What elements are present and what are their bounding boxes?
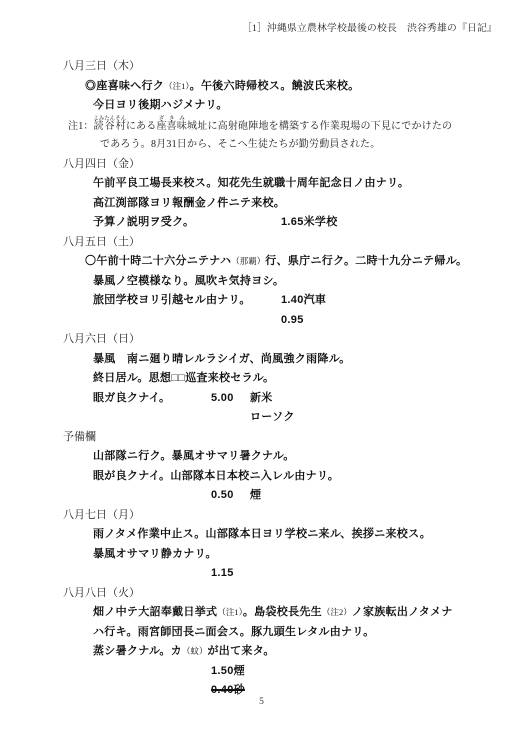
note-text: 城址に高射砲陣地を構築する作業現場の下見にでかけたの — [187, 121, 452, 132]
diary-content: 八月三日（木） ◎座喜味へ行ク（注1）。午後六時帰校ス。饒波氏来校。 今日ヨリ後… — [0, 57, 523, 701]
diary-line: 1.15 — [0, 564, 523, 584]
entry-text: 午前十時二十六分ニテナハ — [96, 255, 231, 267]
note-text: であろう。8月31日から、そこへ生徒たちが勤労動員された。 — [100, 139, 380, 150]
date-text: 八月三日（木） — [63, 60, 140, 72]
expense-amount: 0.50 — [211, 486, 234, 506]
entry-text: 畑ノ中テ大詔奉戴日挙式 — [93, 606, 217, 618]
date-text: 予備欄 — [63, 431, 96, 443]
ruby-furigana: よみたんそん — [93, 116, 126, 122]
date-heading: 八月四日（金） — [0, 155, 523, 175]
note-line: 注1：読谷村よみたんそんにある座喜味ざきみ城址に高射砲陣地を構築する作業現場の下… — [0, 116, 523, 136]
diary-line: 1.50煙 — [0, 662, 523, 682]
expense-amount: 1.50煙 — [211, 662, 245, 682]
diary-line: 雨ノタメ作業中止ス。山部隊本日ヨリ学校ニ来ル、挨拶ニ来校ス。 — [0, 525, 523, 545]
diary-line: 畑ノ中テ大詔奉戴日挙式（注1）。島袋校長先生（注2）ノ家族転出ノタメナ — [0, 603, 523, 623]
diary-line: 予算ノ説明ヲ受ク。1.65米学校 — [0, 213, 523, 233]
entry-text: 暴風ノ空模様なり。風吹キ気持ヨシ。 — [93, 275, 284, 287]
entry-text: 暴風オサマリ静カナリ。 — [93, 548, 217, 560]
gloss-ref: （蚊） — [182, 646, 208, 656]
diary-line: 0.50煙 — [0, 486, 523, 506]
entry-text: 終日居ル。思想□□巡査来校セラル。 — [93, 372, 274, 384]
date-text: 八月四日（金） — [63, 158, 140, 170]
diary-line: 暴風オサマリ静カナリ。 — [0, 545, 523, 565]
diary-line: ハ行キ。雨宮師団長ニ面会ス。豚九頭生レタル由ナリ。 — [0, 623, 523, 643]
entry-text: 高江渕部隊ヨリ報酬金ノ件ニテ来校。 — [93, 197, 285, 209]
date-text: 八月五日（土） — [63, 236, 140, 248]
expense-amount: 1.15 — [211, 564, 234, 584]
entry-text: 眼が良クナイ。山部隊本日本校ニ入レル由ナリ。 — [93, 470, 339, 482]
diary-entry-aug4: 八月四日（金） 午前平良工場長来校ス。知花先生就職十周年記念日ノ由ナリ。 高江渕… — [0, 155, 523, 233]
entry-text: 山部隊ニ行ク。暴風オサマリ暑クナル。 — [93, 450, 295, 462]
diary-entry-aug6: 八月六日（日） 暴風 南ニ廻り晴レルラシイガ、尚風強ク雨降ル。 終日居ル。思想□… — [0, 330, 523, 428]
diary-line: 眼が良クナイ。山部隊本日本校ニ入レル由ナリ。 — [0, 467, 523, 487]
diary-entry-aug5: 八月五日（土） 〇午前十時二十六分ニテナハ（那覇）行、県庁ニ行ク。二時十九分ニテ… — [0, 233, 523, 331]
date-heading: 八月八日（火） — [0, 584, 523, 604]
date-text: 八月七日（月） — [63, 509, 140, 521]
entry-text: 眼ガ良クナイ。 — [93, 392, 170, 404]
diary-entry-aug8: 八月八日（火） 畑ノ中テ大詔奉戴日挙式（注1）。島袋校長先生（注2）ノ家族転出ノ… — [0, 584, 523, 701]
entry-text: ハ行キ。雨宮師団長ニ面会ス。豚九頭生レタル由ナリ。 — [93, 626, 374, 638]
diary-line: 終日居ル。思想□□巡査来校セラル。 — [0, 369, 523, 389]
entry-text: 予算ノ説明ヲ受ク。 — [93, 216, 194, 228]
entry-text: 座喜味へ行ク — [96, 80, 164, 92]
date-text: 八月八日（火） — [63, 587, 140, 599]
expense-amount: 1.65米学校 — [281, 213, 338, 233]
entry-text: 旅団学校ヨリ引越セル由ナリ。 — [93, 294, 251, 306]
note-ref: （注1） — [217, 607, 243, 617]
diary-entry-reserve: 予備欄 山部隊ニ行ク。暴風オサマリ暑クナル。 眼が良クナイ。山部隊本日本校ニ入レ… — [0, 428, 523, 506]
section-heading: 予備欄 — [0, 428, 523, 448]
diary-line: 午前平良工場長来校ス。知花先生就職十周年記念日ノ由ナリ。 — [0, 174, 523, 194]
note-label: 注1： — [68, 121, 94, 132]
expense-amount: 1.40汽車 — [281, 291, 326, 311]
entry-text: 午前平良工場長来校ス。知花先生就職十周年記念日ノ由ナリ。 — [93, 177, 409, 189]
diary-line: 〇午前十時二十六分ニテナハ（那覇）行、県庁ニ行ク。二時十九分ニテ帰ル。 — [0, 252, 523, 272]
date-heading: 八月六日（日） — [0, 330, 523, 350]
note-ref: （注1） — [164, 81, 190, 91]
expense-amount: 5.00 — [211, 389, 234, 409]
entry-text: 蒸シ暑クナル。カ — [93, 645, 182, 657]
note-ref: （注2） — [322, 607, 352, 617]
date-heading: 八月七日（月） — [0, 506, 523, 526]
expense-item: 新米 — [250, 389, 273, 409]
ruby-yomitan: 読谷村よみたんそん — [94, 121, 126, 132]
diary-line: ◎座喜味へ行ク（注1）。午後六時帰校ス。饒波氏来校。 — [0, 77, 523, 97]
diary-line: 蒸シ暑クナル。カ（蚊）が出て来タ。 — [0, 642, 523, 662]
document-page: ［1］沖縄県立農林学校最後の校長 渋谷秀雄の『日記』 八月三日（木） ◎座喜味へ… — [0, 0, 523, 740]
entry-text: 。島袋校長先生 — [243, 606, 322, 618]
expense-item: ローソク — [250, 408, 295, 428]
entry-text: ノ家族転出ノタメナ — [352, 606, 453, 618]
expense-amount: 0.95 — [281, 311, 304, 331]
ruby-zakimi: 座喜味ざきみ — [156, 121, 187, 132]
page-number: 5 — [259, 697, 264, 707]
expense-item: 煙 — [250, 486, 261, 506]
entry-text: が出て来タ。 — [208, 645, 275, 657]
diary-line: 旅団学校ヨリ引越セル由ナリ。1.40汽車 — [0, 291, 523, 311]
diary-line: ローソク — [0, 408, 523, 428]
page-header: ［1］沖縄県立農林学校最後の校長 渋谷秀雄の『日記』 — [242, 20, 497, 34]
note-text: にある — [126, 121, 157, 132]
ruby-base: 読谷村 — [93, 121, 126, 132]
diary-entry-aug3: 八月三日（木） ◎座喜味へ行ク（注1）。午後六時帰校ス。饒波氏来校。 今日ヨリ後… — [0, 57, 523, 155]
entry-marker: 〇 — [85, 255, 96, 267]
page-header-title: ［1］沖縄県立農林学校最後の校長 渋谷秀雄の『日記』 — [242, 23, 497, 34]
entry-text: 行、県庁ニ行ク。二時十九分ニテ帰ル。 — [265, 255, 467, 267]
entry-text: 雨ノタメ作業中止ス。山部隊本日ヨリ学校ニ来ル、挨拶ニ来校ス。 — [93, 528, 431, 540]
diary-line: 今日ヨリ後期ハジメナリ。 — [0, 96, 523, 116]
entry-text: 今日ヨリ後期ハジメナリ。 — [93, 99, 228, 111]
diary-entry-aug7: 八月七日（月） 雨ノタメ作業中止ス。山部隊本日ヨリ学校ニ来ル、挨拶ニ来校ス。 暴… — [0, 506, 523, 584]
ruby-furigana: ざきみ — [156, 116, 187, 122]
diary-line: 暴風 南ニ廻り晴レルラシイガ、尚風強ク雨降ル。 — [0, 350, 523, 370]
diary-line: 0.95 — [0, 311, 523, 331]
entry-text: 暴風 南ニ廻り晴レルラシイガ、尚風強ク雨降ル。 — [93, 353, 350, 365]
entry-text: 。午後六時帰校ス。饒波氏来校。 — [190, 80, 360, 92]
ruby-base: 座喜味 — [156, 121, 187, 132]
page-footer: 5 — [0, 697, 523, 707]
diary-line: 高江渕部隊ヨリ報酬金ノ件ニテ来校。 — [0, 194, 523, 214]
date-heading: 八月三日（木） — [0, 57, 523, 77]
diary-line: 暴風ノ空模様なり。風吹キ気持ヨシ。 — [0, 272, 523, 292]
diary-line: 山部隊ニ行ク。暴風オサマリ暑クナル。 — [0, 447, 523, 467]
date-text: 八月六日（日） — [63, 333, 140, 345]
note-line: であろう。8月31日から、そこへ生徒たちが勤労動員された。 — [0, 135, 523, 155]
entry-marker: ◎ — [85, 80, 96, 92]
gloss-ref: （那覇） — [231, 256, 265, 266]
diary-line: 眼ガ良クナイ。5.00新米 — [0, 389, 523, 409]
date-heading: 八月五日（土） — [0, 233, 523, 253]
